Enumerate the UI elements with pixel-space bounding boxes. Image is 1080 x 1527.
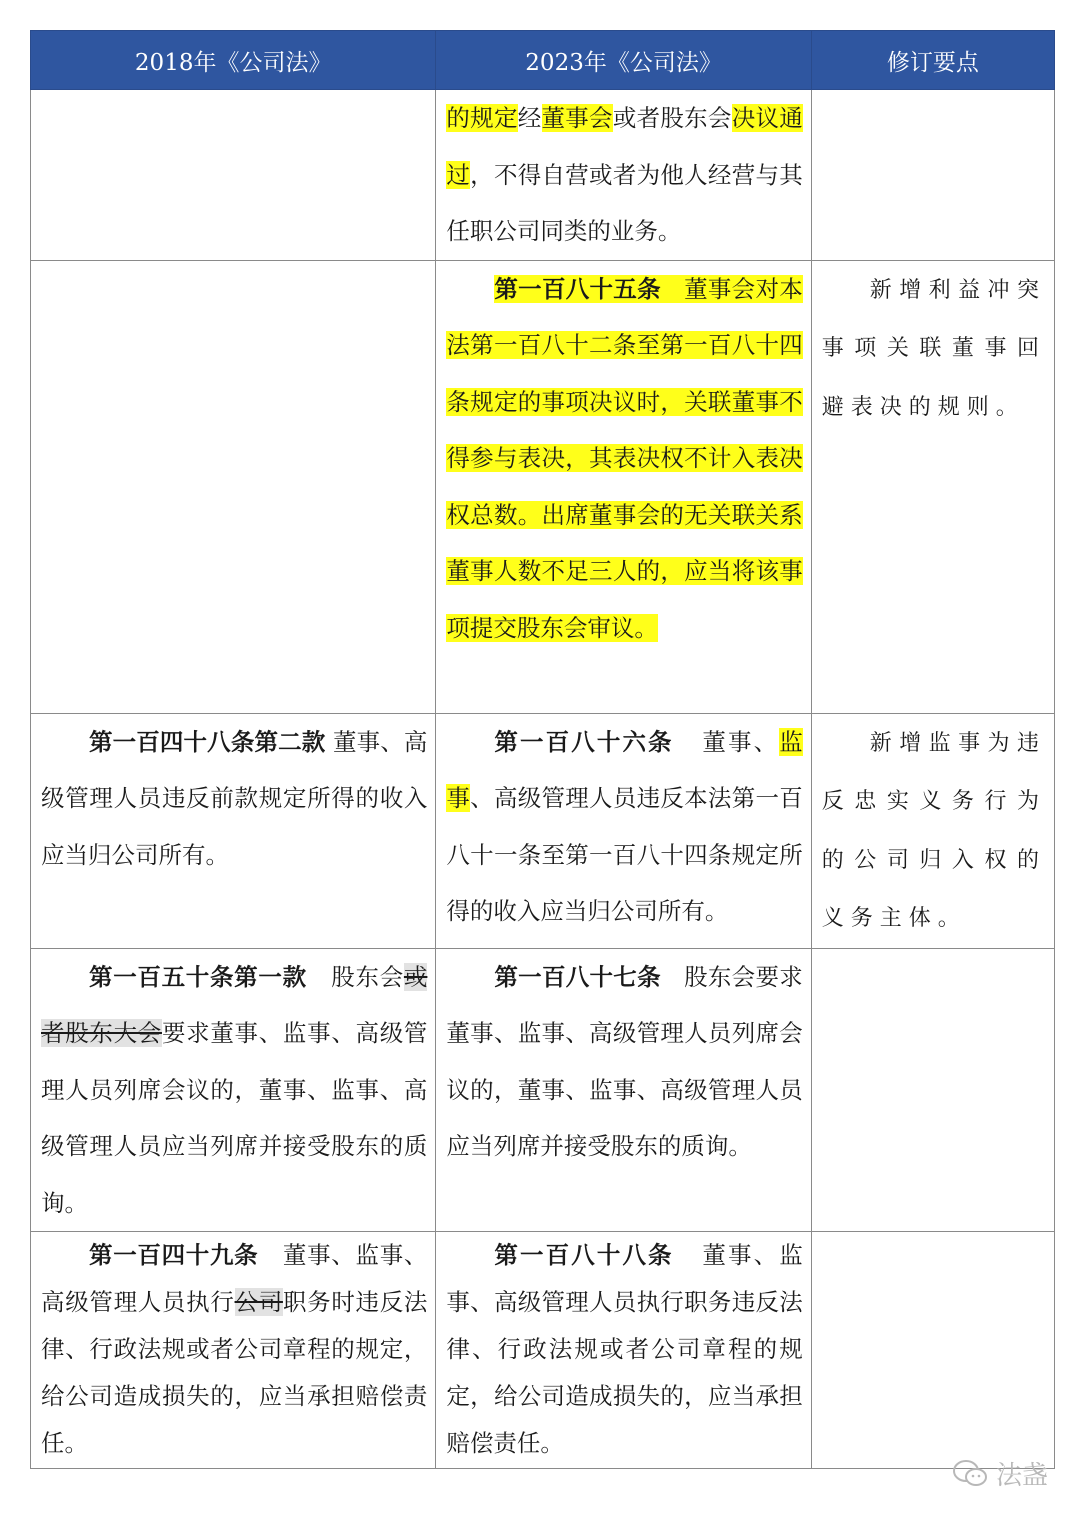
header-2023-law: 2023年《公司法》 [436,31,811,90]
note-cell [811,948,1054,1232]
text-segment: 要求董事、监事、高级管理人员列席会议的，董事、监事、高级管理人员应当列席并接受股… [41,1019,427,1217]
new-law-cell: 的规定经董事会或者股东会决议通过，不得自营或者为他人经营与其任职公司同类的业务。 [436,90,811,261]
table-row: 第一百四十八条第二款 董事、高级管理人员违反前款规定所得的收入应当归公司所有。 … [31,713,1055,948]
old-law-cell: 第一百五十条第一款 股东会或者股东大会要求董事、监事、高级管理人员列席会议的，董… [31,948,436,1232]
article-body: 董事会对本法第一百八十二条至第一百八十四条规定的事项决议时，关联董事不得参与表决… [446,275,802,642]
header-revision-points: 修订要点 [811,31,1054,90]
watermark: 法盏 [952,1455,1048,1492]
article-number: 第一百四十八条第二款 [89,728,325,756]
new-law-cell: 第一百八十五条 董事会对本法第一百八十二条至第一百八十四条规定的事项决议时，关联… [436,260,811,713]
revision-note: 新增监事为违反忠实义务行为的公司归入权的义务主体。 [822,731,1046,932]
text-segment: 、高级管理人员违反本法第一百八十一条至第一百八十四条规定所得的收入应当归公司所有… [446,784,802,925]
law-comparison-table: 2018年《公司法》 2023年《公司法》 修订要点 的规定经董事会或者股东会决… [30,30,1055,1469]
article-number: 第一百五十条第一款 [89,963,307,991]
new-law-cell: 第一百八十七条 股东会要求董事、监事、高级管理人员列席会议的，董事、监事、高级管… [436,948,811,1232]
article-body: 股东会要求董事、监事、高级管理人员列席会议的，董事、监事、高级管理人员应当列席并… [446,963,802,1161]
text-segment: ，不得自营或者为他人经营与其任职公司同类的业务。 [446,161,802,246]
article-body: 董事、监事、高级管理人员执行职务违反法律、行政法规或者公司章程的规定，给公司造成… [446,1241,802,1457]
highlighted-text: 董事会 [542,104,613,132]
text-segment: 或者股东会 [613,104,732,132]
old-law-cell [31,90,436,261]
header-row: 2018年《公司法》 2023年《公司法》 修订要点 [31,31,1055,90]
old-law-cell: 第一百四十九条 董事、监事、高级管理人员执行公司职务时违反法律、行政法规或者公司… [31,1232,436,1469]
note-cell: 新增监事为违反忠实义务行为的公司归入权的义务主体。 [811,713,1054,948]
table-row: 的规定经董事会或者股东会决议通过，不得自营或者为他人经营与其任职公司同类的业务。 [31,90,1055,261]
article-number: 第一百八十七条 [494,963,660,991]
note-cell [811,1232,1054,1469]
watermark-text: 法盏 [996,1455,1048,1492]
highlighted-text: 的规定 [446,104,517,132]
old-law-cell: 第一百四十八条第二款 董事、高级管理人员违反前款规定所得的收入应当归公司所有。 [31,713,436,948]
deleted-text: 公司 [235,1288,283,1316]
article-number: 第一百八十六条 [494,728,673,756]
text-segment: 董事、 [702,728,779,756]
text-segment: 经 [518,104,542,132]
note-cell: 新增利益冲突事项关联董事回避表决的规则。 [811,260,1054,713]
header-2018-law: 2018年《公司法》 [31,31,436,90]
article-number: 第一百八十五条 [494,275,660,303]
text-segment: 股东会 [331,963,404,991]
table-row: 第一百五十条第一款 股东会或者股东大会要求董事、监事、高级管理人员列席会议的，董… [31,948,1055,1232]
new-law-cell: 第一百八十八条 董事、监事、高级管理人员执行职务违反法律、行政法规或者公司章程的… [436,1232,811,1469]
table-row: 第一百四十九条 董事、监事、高级管理人员执行公司职务时违反法律、行政法规或者公司… [31,1232,1055,1469]
article-number: 第一百八十八条 [494,1241,673,1269]
article-number: 第一百四十九条 [89,1241,258,1269]
table-row: 第一百八十五条 董事会对本法第一百八十二条至第一百八十四条规定的事项决议时，关联… [31,260,1055,713]
wechat-icon [952,1459,990,1489]
old-law-cell [31,260,436,713]
note-cell [811,90,1054,261]
new-law-cell: 第一百八十六条 董事、监事、高级管理人员违反本法第一百八十一条至第一百八十四条规… [436,713,811,948]
